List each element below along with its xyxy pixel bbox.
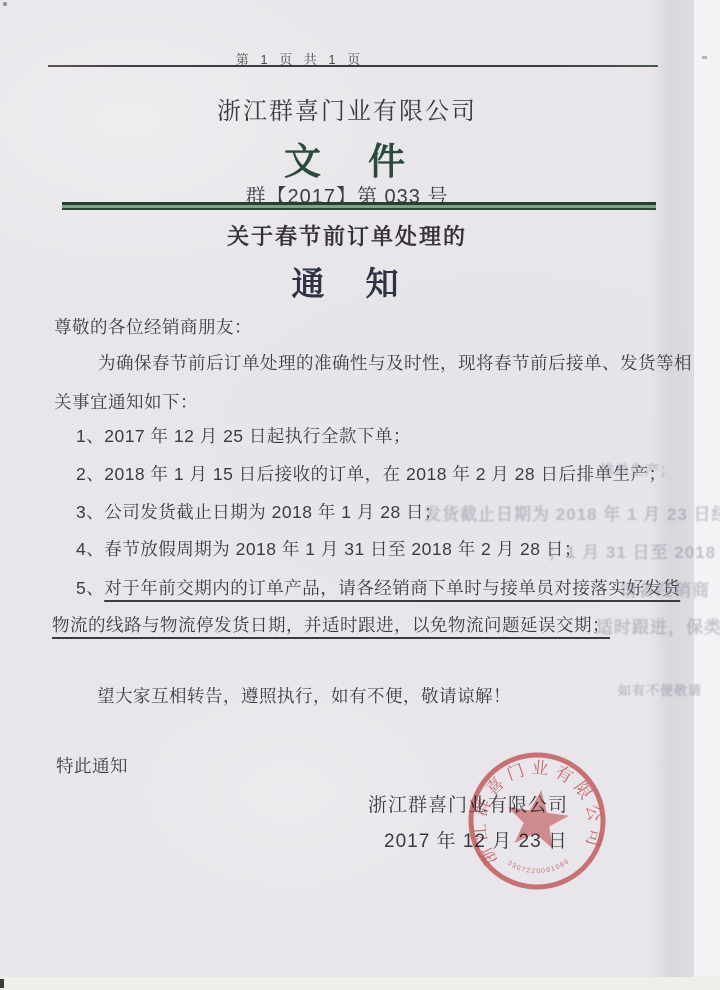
- list-item-4: 4、春节放假周期为 2018 年 1 月 31 日至 2018 年 2 月 28…: [76, 536, 582, 561]
- item-number: 4、: [76, 539, 104, 559]
- item-number: 2、: [76, 464, 104, 484]
- company-title: 浙江群喜门业有限公司: [0, 91, 694, 126]
- bleed-through-text: 发货截止日期为 2018 年 1 月 23 日经发: [424, 500, 720, 525]
- item-text: 2017 年 12 月 25 日起执行全款下单；: [104, 426, 411, 446]
- item-number: 3、: [76, 502, 104, 522]
- list-item-3: 3、公司发货截止日期为 2018 年 1 月 28 日；: [76, 499, 442, 524]
- item-text: 公司发货截止日期为 2018 年 1 月 28 日；: [104, 502, 442, 522]
- doc-title: 通 知: [0, 258, 694, 305]
- scan-edge-right: [694, 0, 720, 990]
- scan-mark-bottom-left: [0, 979, 4, 988]
- item-number: 5、: [76, 578, 104, 598]
- company-seal-stamp-icon: 浙江群喜门业有限公司 3307220091086: [453, 737, 620, 904]
- seal-star-icon: [503, 786, 572, 850]
- item-text-underlined: 对于年前交期内的订单产品，请各经销商下单时与接单员对接落实好发货: [104, 578, 680, 598]
- scanned-notice-page: 第 1 页 共 1 页 浙江群喜门业有限公司 文 件 群【2017】第 033 …: [0, 0, 720, 990]
- intro-line-2: 关事宜通知如下：: [54, 389, 198, 414]
- item-number: 1、: [76, 426, 104, 446]
- list-item-1: 1、2017 年 12 月 25 日起执行全款下单；: [76, 423, 411, 448]
- bleed-through-text: 适时跟进，保类物: [596, 613, 720, 638]
- item-text: 2018 年 1 月 15 日后接收的订单，在 2018 年 2 月 28 日后…: [104, 464, 666, 484]
- scan-speck-top-left: [3, 2, 7, 6]
- salutation: 尊敬的各位经销商朋友：: [54, 314, 252, 339]
- intro-line-1: 为确保春节前后订单处理的准确性与及时性，现将春节前后接单、发货等相: [98, 350, 692, 375]
- notice-label: 特此通知: [56, 753, 128, 778]
- bleed-through-text: 如有不便敬请: [618, 680, 702, 699]
- closing-line: 望大家互相转告，遵照执行，如有不便，敬请谅解！: [97, 683, 511, 708]
- doc-type-heading: 文 件: [0, 131, 694, 185]
- seal-number-text: 3307220091086: [505, 853, 572, 878]
- bleed-through-text: 请各经销商: [620, 576, 710, 601]
- bleed-through-text: ；1 月 31 日至 2018 年: [548, 538, 720, 563]
- scan-edge-bottom: [0, 977, 720, 990]
- letterhead-double-rule: [62, 202, 656, 210]
- list-item-5: 5、对于年前交期内的订单产品，请各经销商下单时与接单员对接落实好发货: [76, 575, 680, 600]
- scan-speck-top-right: [702, 56, 707, 59]
- header-rule: [48, 65, 658, 67]
- list-item-2: 2、2018 年 1 月 15 日后接收的订单，在 2018 年 2 月 28 …: [76, 461, 666, 486]
- bleed-through-text: 排单生产；: [600, 460, 675, 480]
- list-item-5-line-2: 物流的线路与物流停发货日期，并适时跟进，以免物流问题延误交期；: [52, 612, 610, 637]
- doc-subject: 关于春节前订单处理的: [0, 220, 694, 251]
- item-text: 春节放假周期为 2018 年 1 月 31 日至 2018 年 2 月 28 日…: [104, 539, 582, 559]
